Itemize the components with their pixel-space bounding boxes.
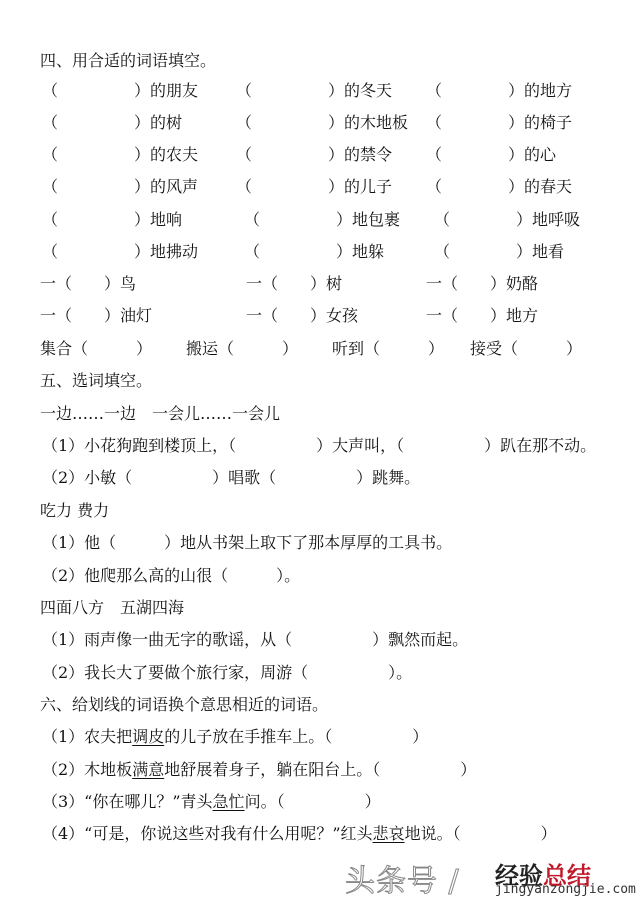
fill-phrase: ）的地方: [508, 81, 572, 101]
blank-open: （: [244, 242, 260, 262]
fill-phrase: ）地呼吸: [516, 210, 580, 230]
antonym-item: 搬运（ ）: [186, 339, 298, 359]
question-text: 问。（ ）: [245, 792, 381, 811]
blank-open: （: [426, 145, 442, 165]
question-text: 地舒展着身子，躺在阳台上。（ ）: [164, 760, 476, 779]
question: （4）“可是，你说这些对我有什么用呢？”红头悲哀地说。（ ）: [42, 824, 557, 844]
blank-open: （: [42, 177, 58, 197]
fill-phrase: ）的春天: [508, 177, 572, 197]
fill-phrase: ）地看: [516, 242, 564, 262]
underlined-word: 悲哀: [373, 824, 405, 843]
blank-open: （: [42, 113, 58, 133]
blank-open: （: [426, 81, 442, 101]
fill-phrase: ）的椅子: [508, 113, 572, 133]
fill-phrase: ）的树: [134, 113, 182, 133]
blank-open: （: [236, 145, 252, 165]
underlined-word: 满意: [132, 760, 164, 779]
question: （3）“你在哪儿？”青头急忙问。（ ）: [42, 792, 381, 812]
blank-open: （: [42, 242, 58, 262]
question-text: （4）“可是，你说这些对我有什么用呢？”红头: [42, 824, 373, 843]
watermark-domain: jingyanzongjie.com: [495, 882, 636, 897]
blank-open: （: [42, 145, 58, 165]
question: （2）小敏（ ）唱歌（ ）跳舞。: [42, 468, 420, 488]
word-choices: 四面八方 五湖四海: [40, 598, 184, 618]
question-text: 的儿子放在手推车上。（ ）: [164, 727, 428, 746]
question-text: 地说。（ ）: [405, 824, 557, 843]
watermark: 头条号 / 经验总结 jingyanzongjie.com: [345, 856, 460, 896]
question: （2）木地板满意地舒展着身子，躺在阳台上。（ ）: [42, 760, 476, 780]
fill-phrase: ）地响: [134, 210, 182, 230]
antonym-item: 接受（ ）: [470, 339, 582, 359]
question-text: （3）“你在哪儿？”青头: [42, 792, 213, 811]
blank-open: （: [426, 113, 442, 133]
measure-item: 一（ ）女孩: [246, 306, 358, 326]
section6-title: 六、给划线的词语换个意思相近的词语。: [40, 695, 328, 715]
antonym-item: 听到（ ）: [332, 339, 444, 359]
blank-open: （: [236, 81, 252, 101]
fill-phrase: ）地包裹: [336, 210, 400, 230]
blank-open: （: [434, 242, 450, 262]
measure-item: 一（ ）油灯: [40, 306, 152, 326]
measure-item: 一（ ）树: [246, 274, 342, 294]
word-choices: 一边……一边 一会儿……一会儿: [40, 404, 280, 424]
underlined-word: 调皮: [132, 727, 164, 746]
blank-open: （: [236, 177, 252, 197]
fill-phrase: ）地躲: [336, 242, 384, 262]
question: （1）小花狗跑到楼顶上，（ ）大声叫，（ ）趴在那不动。: [42, 436, 596, 456]
blank-open: （: [236, 113, 252, 133]
question: （1）他（ ）地从书架上取下了那本厚厚的工具书。: [42, 533, 452, 553]
fill-phrase: ）的儿子: [328, 177, 392, 197]
section5-title: 五、选词填空。: [40, 371, 152, 391]
blank-open: （: [42, 210, 58, 230]
fill-phrase: ）的农夫: [134, 145, 198, 165]
fill-phrase: ）的冬天: [328, 81, 392, 101]
antonym-item: 集合（ ）: [40, 339, 152, 359]
blank-open: （: [42, 81, 58, 101]
measure-item: 一（ ）地方: [426, 306, 538, 326]
fill-phrase: ）的木地板: [328, 113, 408, 133]
question: （2）他爬那么高的山很（ ）。: [42, 566, 300, 586]
blank-open: （: [434, 210, 450, 230]
fill-phrase: ）的心: [508, 145, 556, 165]
question-text: （1）农夫把: [42, 727, 132, 746]
measure-item: 一（ ）鸟: [40, 274, 136, 294]
word-choices: 吃力 费力: [40, 501, 109, 521]
section4-title: 四、用合适的词语填空。: [40, 51, 216, 71]
watermark-source: 头条号 /: [345, 864, 460, 899]
fill-phrase: ）地拂动: [134, 242, 198, 262]
question: （1）农夫把调皮的儿子放在手推车上。（ ）: [42, 727, 428, 747]
question: （1）雨声像一曲无字的歌谣，从（ ）飘然而起。: [42, 630, 468, 650]
question: （2）我长大了要做个旅行家，周游（ ）。: [42, 663, 412, 683]
fill-phrase: ）的禁令: [328, 145, 392, 165]
fill-phrase: ）的朋友: [134, 81, 198, 101]
measure-item: 一（ ）奶酪: [426, 274, 538, 294]
question-text: （2）木地板: [42, 760, 132, 779]
fill-phrase: ）的风声: [134, 177, 198, 197]
blank-open: （: [244, 210, 260, 230]
blank-open: （: [426, 177, 442, 197]
underlined-word: 急忙: [213, 792, 245, 811]
